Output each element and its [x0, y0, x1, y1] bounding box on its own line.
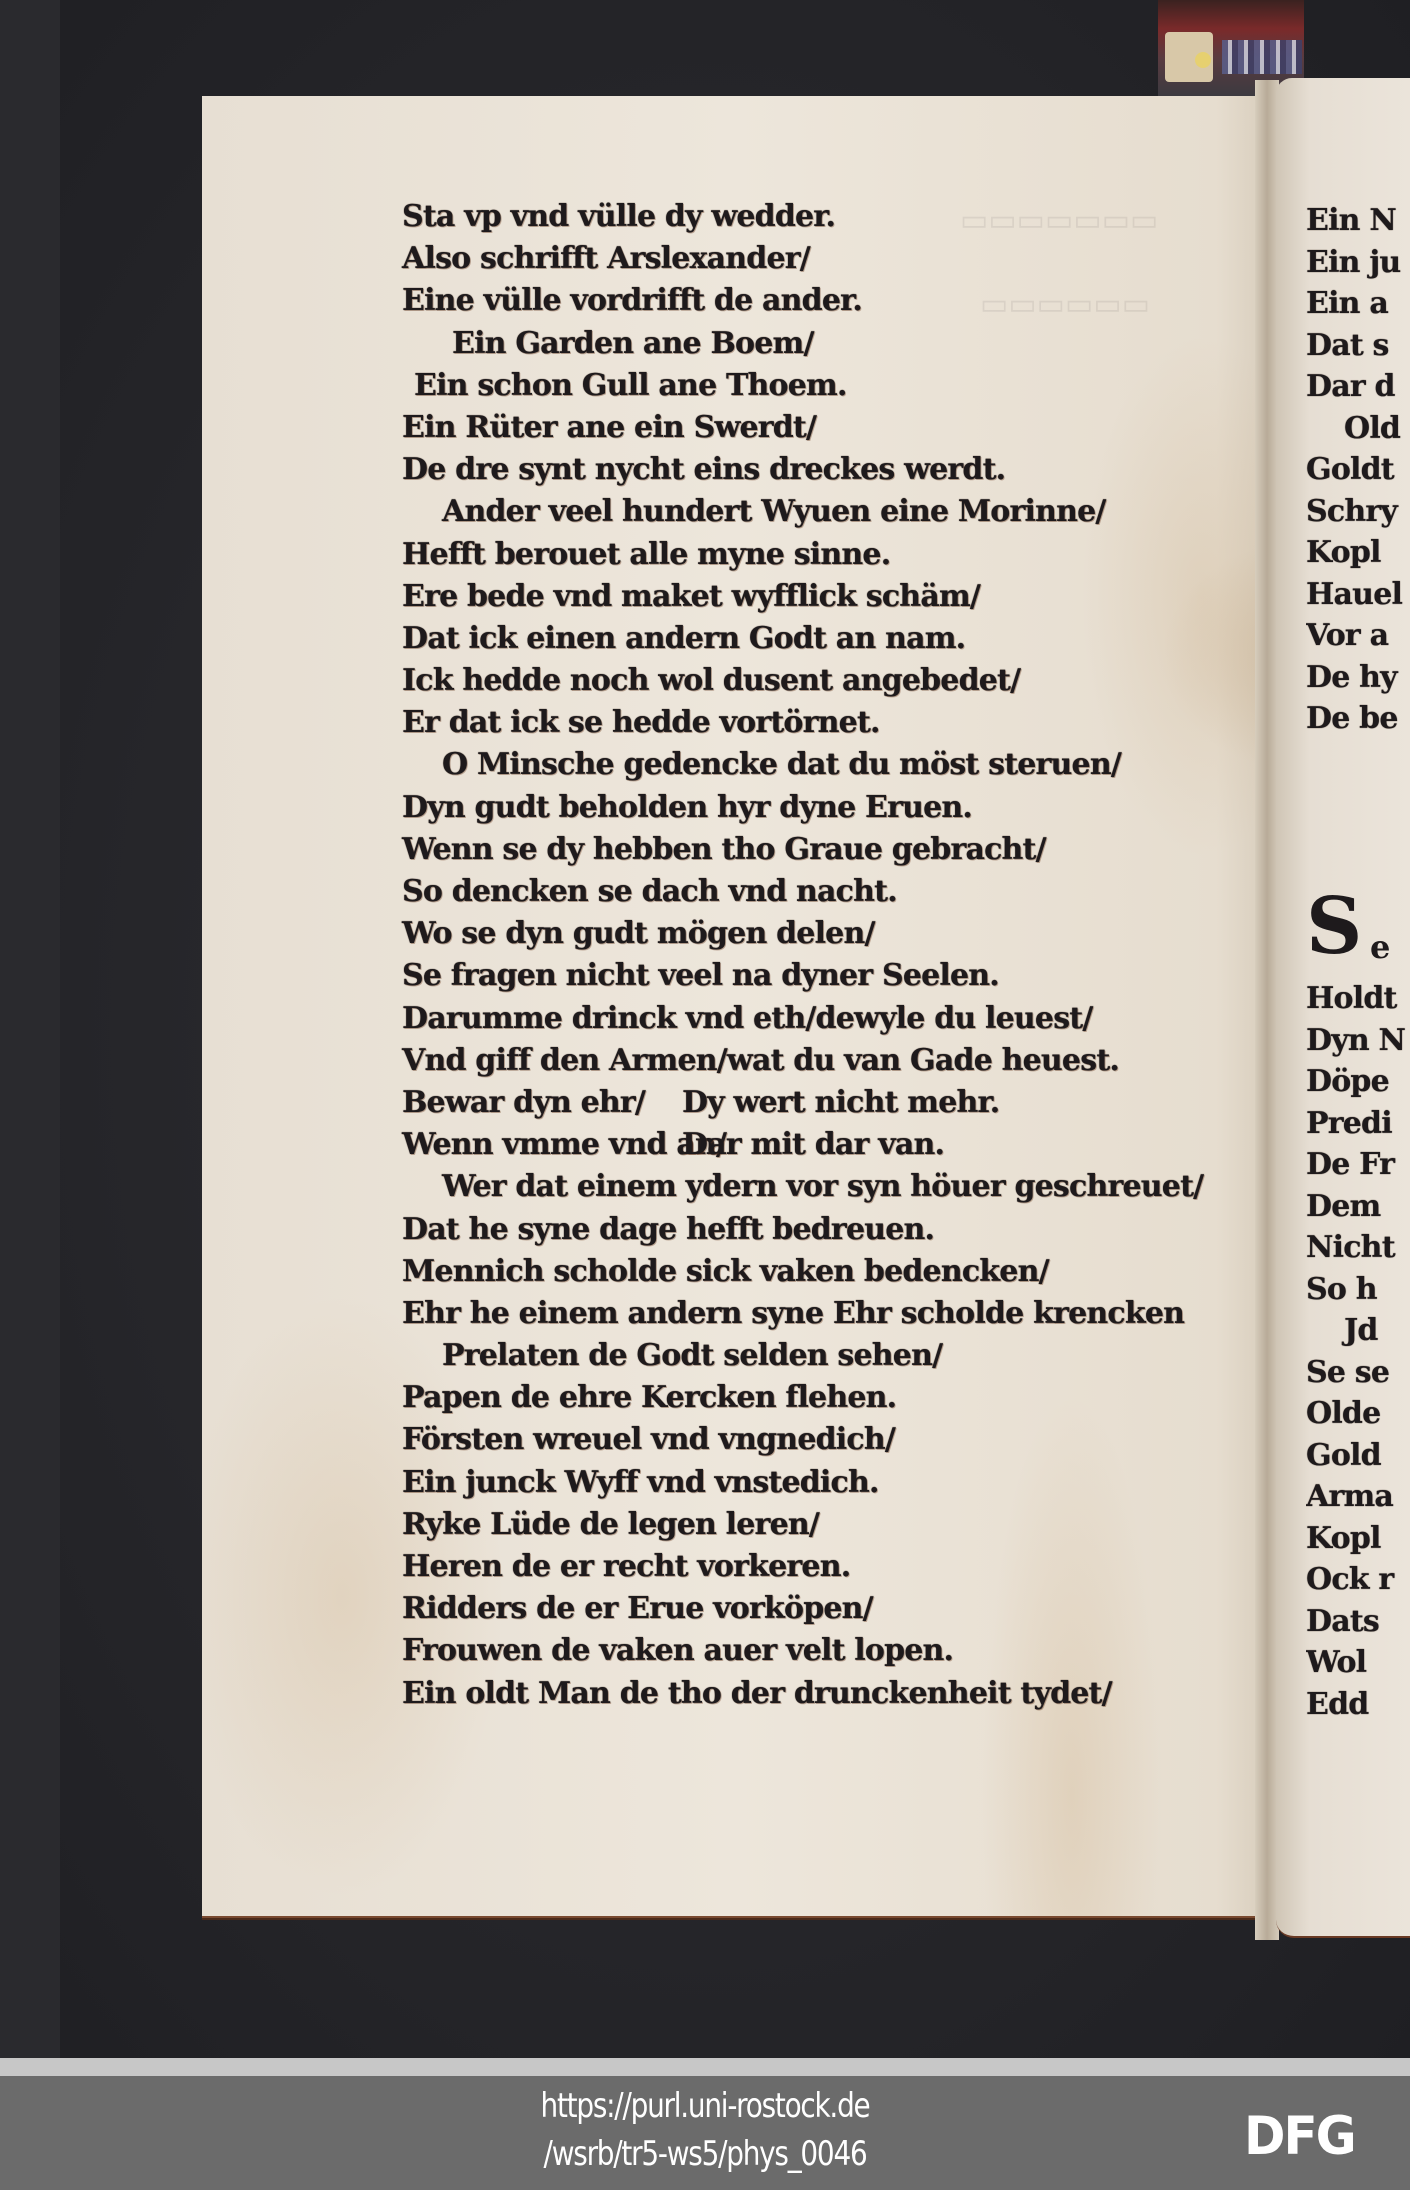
text-line: Arma — [1306, 1476, 1410, 1518]
text-line: Holdt — [1306, 978, 1410, 1020]
text-line: Ein Garden ane Boem/ — [402, 323, 1282, 365]
text-line: Dem — [1306, 1186, 1410, 1228]
text-line: Dyn N — [1306, 1020, 1410, 1062]
text-line: Also schrifft Arslexander/ — [402, 238, 1282, 280]
dfg-logo-icon: DFG — [1244, 2106, 1355, 2167]
text-line: Wo se dyn gudt mögen delen/ — [402, 913, 1282, 955]
text-line: Vor a — [1306, 615, 1410, 657]
text-line: Wol — [1306, 1642, 1410, 1684]
text-line: O Minsche gedencke dat du möst steruen/ — [402, 744, 1282, 786]
text-line: Wenn se dy hebben tho Graue gebracht/ — [402, 829, 1282, 871]
text-line: De hy — [1306, 657, 1410, 699]
left-page-text: Sta vp vnd vülle dy wedder. Also schriff… — [402, 196, 1282, 1715]
permalink-url-line-2[interactable]: /wsrb/tr5-ws5/phys_0046 — [127, 2134, 1283, 2174]
text-line: Dat ick einen andern Godt an nam. — [402, 618, 1282, 660]
text-line: Olde — [1306, 1393, 1410, 1435]
text-line: Eine vülle vordrifft de ander. — [402, 280, 1282, 322]
text-line: Kopl — [1306, 1518, 1410, 1560]
text-line: Nicht — [1306, 1227, 1410, 1269]
text-line: De Fr — [1306, 1144, 1410, 1186]
text-line: Ehr he einem andern syne Ehr scholde kre… — [402, 1293, 1282, 1335]
text-line: Ryke Lüde de legen leren/ — [402, 1504, 1282, 1546]
text-line: Schry — [1306, 491, 1410, 533]
text-line: De dre synt nycht eins dreckes werdt. — [402, 449, 1282, 491]
text-line: Ein junck Wyff vnd vnstedich. — [402, 1462, 1282, 1504]
text-line: Försten wreuel vnd vngnedich/ — [402, 1419, 1282, 1461]
text-line: Darumme drinck vnd eth/dewyle du leuest/ — [402, 998, 1282, 1040]
right-page-text-bottom: Holdt Dyn N Döpe Predi De Fr Dem Nicht S… — [1306, 978, 1410, 1725]
text-line: Old — [1306, 408, 1410, 450]
text-line: Ein oldt Man de tho der drunckenheit tyd… — [402, 1673, 1282, 1715]
permalink-url-line-1[interactable]: https://purl.uni-rostock.de — [127, 2086, 1283, 2126]
scan-margin — [0, 0, 60, 2058]
text-half: Dy wert nicht mehr. — [682, 1082, 999, 1124]
text-line: Dat s — [1306, 325, 1410, 367]
binding-cloth — [1222, 40, 1302, 74]
text-line: Frouwen de vaken auer velt lopen. — [402, 1630, 1282, 1672]
text-line: Papen de ehre Kercken flehen. — [402, 1377, 1282, 1419]
text-line: Hefft berouet alle myne sinne. — [402, 534, 1282, 576]
right-page-text-top: Ein N Ein ju Ein a Dat s Dar d Old Goldt… — [1306, 200, 1410, 740]
footer-bar: https://purl.uni-rostock.de /wsrb/tr5-ws… — [0, 2076, 1410, 2190]
text-line: Wer dat einem ydern vor syn höuer geschr… — [402, 1166, 1282, 1208]
text-line: Ein Rüter ane ein Swerdt/ — [402, 407, 1282, 449]
text-line: Vnd giff den Armen/wat du van Gade heues… — [402, 1040, 1282, 1082]
text-line: Hauel — [1306, 574, 1410, 616]
text-line: Ander veel hundert Wyuen eine Morinne/ — [402, 491, 1282, 533]
text-line: De be — [1306, 698, 1410, 740]
text-line: Ein a — [1306, 283, 1410, 325]
text-line: Kopl — [1306, 532, 1410, 574]
text-line: Dar d — [1306, 366, 1410, 408]
text-line: Heren de er recht vorkeren. — [402, 1546, 1282, 1588]
binding-tag — [1165, 32, 1213, 82]
text-line: Dat he syne dage hefft bedreuen. — [402, 1209, 1282, 1251]
text-line: Dyn gudt beholden hyr dyne Eruen. — [402, 787, 1282, 829]
text-line: Ein ju — [1306, 242, 1410, 284]
text-line: Döpe — [1306, 1061, 1410, 1103]
initial-letter: S — [1306, 888, 1362, 972]
text-line: Dats — [1306, 1601, 1410, 1643]
text-line: So dencken se dach vnd nacht. — [402, 871, 1282, 913]
text-line: Predi — [1306, 1103, 1410, 1145]
text-line: So h — [1306, 1269, 1410, 1311]
decorated-initial: S e — [1306, 888, 1410, 978]
text-line: Se se — [1306, 1352, 1410, 1394]
text-half: Bewar dyn ehr/ — [402, 1082, 682, 1124]
text-line-split: Wenn vmme vnd an/ Dar mit dar van. — [402, 1124, 1282, 1166]
footer-divider — [0, 2058, 1410, 2076]
text-line: Ein schon Gull ane Thoem. — [402, 365, 1282, 407]
text-line: Goldt — [1306, 449, 1410, 491]
text-line: Ick hedde noch wol dusent angebedet/ — [402, 660, 1282, 702]
text-line: Er dat ick se hedde vortörnet. — [402, 702, 1282, 744]
text-line-split: Bewar dyn ehr/ Dy wert nicht mehr. — [402, 1082, 1282, 1124]
text-line: Edd — [1306, 1684, 1410, 1726]
text-line: Gold — [1306, 1435, 1410, 1477]
text-line: Mennich scholde sick vaken bedencken/ — [402, 1251, 1282, 1293]
text-half: Wenn vmme vnd an/ — [402, 1124, 682, 1166]
text-line: Ridders de er Erue vorköpen/ — [402, 1588, 1282, 1630]
text-line: Ere bede vnd maket wyfflick schäm/ — [402, 576, 1282, 618]
initial-follow-letter: e — [1370, 928, 1390, 966]
text-half: Dar mit dar van. — [682, 1124, 944, 1166]
text-line: Ein N — [1306, 200, 1410, 242]
text-line: Ock r — [1306, 1559, 1410, 1601]
text-line: Jd — [1306, 1310, 1410, 1352]
text-line: Prelaten de Godt selden sehen/ — [402, 1335, 1282, 1377]
text-line: Se fragen nicht veel na dyner Seelen. — [402, 955, 1282, 997]
text-line: Sta vp vnd vülle dy wedder. — [402, 196, 1282, 238]
